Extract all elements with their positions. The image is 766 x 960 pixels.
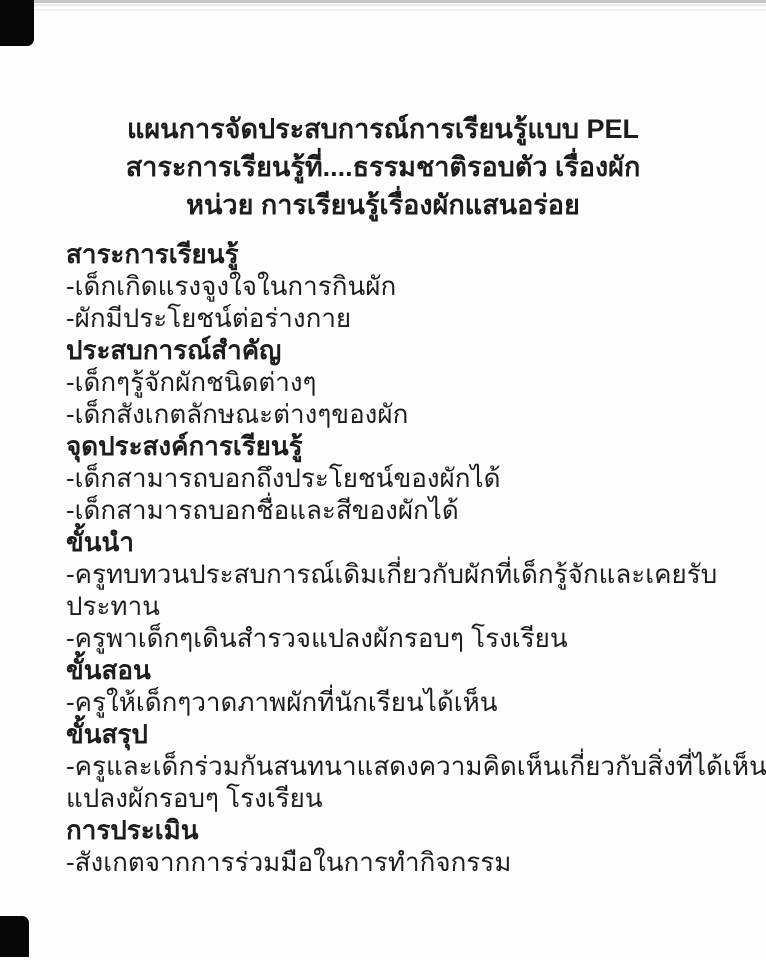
text-line: -ผักมีประโยชน์ต่อร่างกาย [66, 302, 746, 334]
text-line: -เด็กเกิดแรงจูงใจในการกินผัก [66, 270, 746, 302]
page-title-line-3: หน่วย การเรียนรู้เรื่องผักแสนอร่อย [0, 186, 766, 224]
text-line: -เด็กสามารถบอกถึงประโยชน์ของผักได้ [66, 462, 746, 494]
scan-edge-line [0, 4, 766, 6]
text-line: -ครูให้เด็กๆวาดภาพผักที่นักเรียนได้เห็น [66, 686, 746, 718]
section-heading-key-experience: ประสบการณ์สำคัญ [66, 334, 746, 366]
text-line: แปลงผักรอบๆ โรงเรียน [66, 782, 746, 814]
text-line: -สังเกตจากการร่วมมือในการทำกิจกรรม [66, 846, 746, 878]
text-line: -เด็กสามารถบอกชื่อและสีของผักได้ [66, 494, 746, 526]
scan-corner-mark-top-left [0, 0, 34, 46]
text-line: -เด็กๆรู้จักผักชนิดต่างๆ [66, 366, 746, 398]
document-body: สาระการเรียนรู้ -เด็กเกิดแรงจูงใจในการกิ… [66, 238, 746, 878]
document-title-block: แผนการจัดประสบการณ์การเรียนรู้แบบ PEL สา… [0, 110, 766, 224]
text-line: -ครูและเด็กร่วมกันสนทนาแสดงความคิดเห็นเก… [66, 750, 746, 782]
section-heading-summary-step: ขั้นสรุป [66, 718, 746, 750]
text-line: -ครูพาเด็กๆเดินสำรวจแปลงผักรอบๆ โรงเรียน [66, 622, 746, 654]
page-title-line-2: สาระการเรียนรู้ที่....ธรรมชาติรอบตัว เรื… [0, 148, 766, 186]
text-line: -เด็กสังเกตลักษณะต่างๆของผัก [66, 398, 746, 430]
section-heading-teaching-step: ขั้นสอน [66, 654, 746, 686]
section-heading-learning-content: สาระการเรียนรู้ [66, 238, 746, 270]
scan-edge-line [0, 9, 766, 11]
text-line: -ครูทบทวนประสบการณ์เดิมเกี่ยวกับผักที่เด… [66, 558, 746, 590]
scan-edge-line [0, 0, 766, 3]
section-heading-objectives: จุดประสงค์การเรียนรู้ [66, 430, 746, 462]
section-heading-intro-step: ขั้นนำ [66, 526, 746, 558]
text-line: ประทาน [66, 590, 746, 622]
document-page: แผนการจัดประสบการณ์การเรียนรู้แบบ PEL สา… [0, 0, 766, 960]
scan-corner-mark-bottom-left [0, 916, 29, 957]
section-heading-evaluation: การประเมิน [66, 814, 746, 846]
page-title-line-1: แผนการจัดประสบการณ์การเรียนรู้แบบ PEL [0, 110, 766, 148]
